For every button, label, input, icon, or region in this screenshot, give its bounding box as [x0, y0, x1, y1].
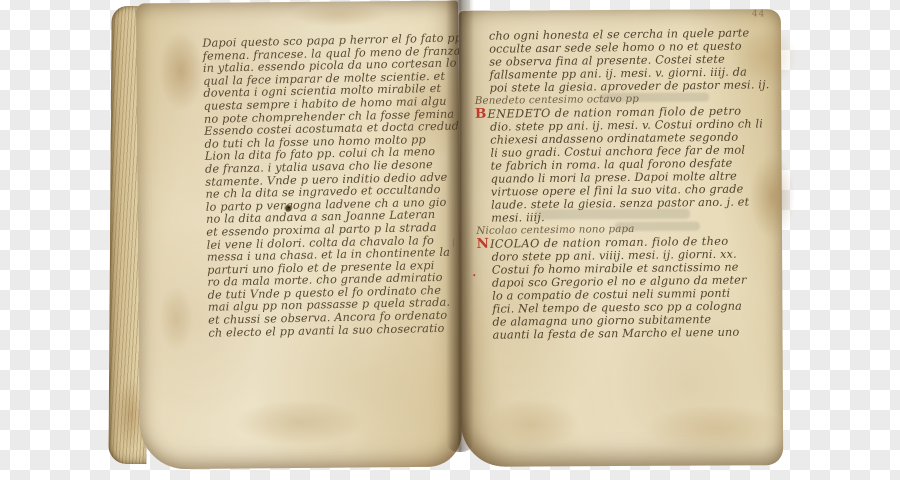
stain [484, 398, 579, 450]
stain [644, 404, 789, 453]
right-page: 44 / • cho ogni honesta el se cercha in … [459, 9, 783, 467]
rubricated-initial: B [475, 106, 487, 122]
stain [234, 399, 364, 445]
manuscript-line: auanti la festa de san Marcho el uene un… [493, 325, 773, 341]
book-gutter-shadow [446, 0, 474, 452]
folio-number: 44 [752, 9, 766, 19]
stain [158, 31, 204, 111]
rubricated-initial: N [476, 236, 489, 252]
open-manuscript-book: Dapoi questo sco papa p herror el fo fat… [108, 0, 784, 472]
transparent-checkerboard-background: Dapoi questo sco papa p herror el fo fat… [0, 0, 900, 480]
left-page: Dapoi questo sco papa p herror el fo fat… [136, 1, 462, 470]
stain [158, 286, 194, 351]
stain [291, 2, 386, 27]
right-page-text: cho ogni honesta el se cercha in quele p… [489, 26, 773, 341]
left-page-text: Dapoi questo sco papa p herror el fo fat… [202, 32, 485, 340]
